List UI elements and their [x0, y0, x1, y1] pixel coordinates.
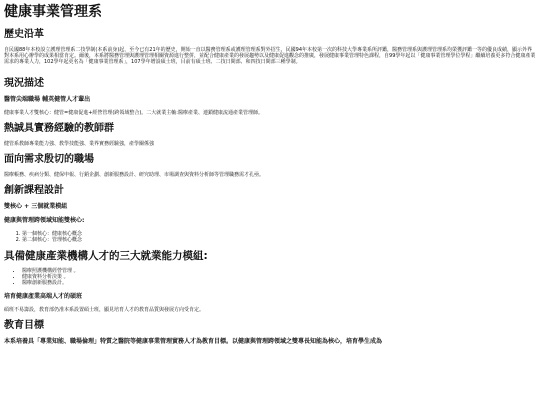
career-section: 面向需求殷切的職場 醫療帳務、疾病分類、健保申報、行銷企劃、創新服務設計、研究助…	[4, 154, 536, 178]
status-text: 健康事業人才雙核心：健管=健康促進+經營管理(跨領域整合)。二大就業主軸:醫療產…	[4, 110, 536, 116]
curriculum-heading: 創新課程設計	[4, 185, 536, 197]
faculty-heading: 熱誠具實務經驗的教師群	[4, 123, 536, 135]
curriculum-subheading: 雙核心 + 三個就業模組	[4, 203, 536, 211]
history-heading: 歷史沿革	[4, 29, 536, 41]
goals-section: 教育目標 本系培養具「專業知能、職場倫理」特質之醫院等健康事業管理實務人才為教育…	[4, 320, 536, 346]
modules-heading: 具備健康產業機構人才的三大就業能力模組:	[4, 250, 536, 262]
master-text: 碩班不易籌設，教育部仍准本系設置碩士班，顯見培育人才的教育品質與發展方向受肯定。	[4, 307, 536, 313]
status-subheading: 醫管尖端職場 輔英健管人才輩出	[4, 96, 536, 104]
history-section: 歷史沿革 自民國88年本校設立護理管理系二技學制(本系前身)起，至今已有21年的…	[4, 29, 536, 66]
goals-heading: 教育目標	[4, 320, 536, 332]
status-heading: 現況描述	[4, 78, 536, 90]
faculty-section: 熱誠具實務經驗的教師群 健管系教師專業能力強、教學技能強、業界實務經驗強，產學關…	[4, 123, 536, 147]
page-content: 健康事業管理系 歷史沿革 自民國88年本校設立護理管理系二技學制(本系前身)起，…	[0, 0, 540, 346]
core-heading: 健康與管理跨領域知能雙核心:	[4, 217, 536, 225]
modules-list: 醫療照護機構經營管理 。 健康資料分析決策 。 醫療創新服務設計。	[4, 268, 536, 286]
faculty-text: 健管系教師專業能力強、教學技能強、業界實務經驗強，產學關係強	[4, 141, 536, 147]
core-list: 第一個核心：健康核心概念 第二個核心：管理核心概念	[4, 231, 536, 243]
page-title: 健康事業管理系	[4, 4, 536, 21]
status-section: 現況描述 醫管尖端職場 輔英健管人才輩出 健康事業人才雙核心：健管=健康促進+經…	[4, 78, 536, 116]
career-heading: 面向需求殷切的職場	[4, 154, 536, 166]
module-item: 醫療創新服務設計。	[22, 280, 536, 286]
core-item: 第二個核心：管理核心概念	[22, 237, 536, 243]
career-text: 醫療帳務、疾病分類、健保申報、行銷企劃、創新服務設計、研究助理、市場調查與資料分…	[4, 172, 536, 178]
curriculum-section: 創新課程設計 雙核心 + 三個就業模組 健康與管理跨領域知能雙核心: 第一個核心…	[4, 185, 536, 313]
goals-text: 本系培養具「專業知能、職場倫理」特質之醫院等健康事業管理實務人才為教育目標。以健…	[4, 338, 536, 346]
master-heading: 培育健康產業高端人才的碩班	[4, 293, 536, 301]
history-text: 自民國88年本校設立護理管理系二技學制(本系前身)起，至今已有21年的歷史，開始…	[4, 47, 536, 66]
